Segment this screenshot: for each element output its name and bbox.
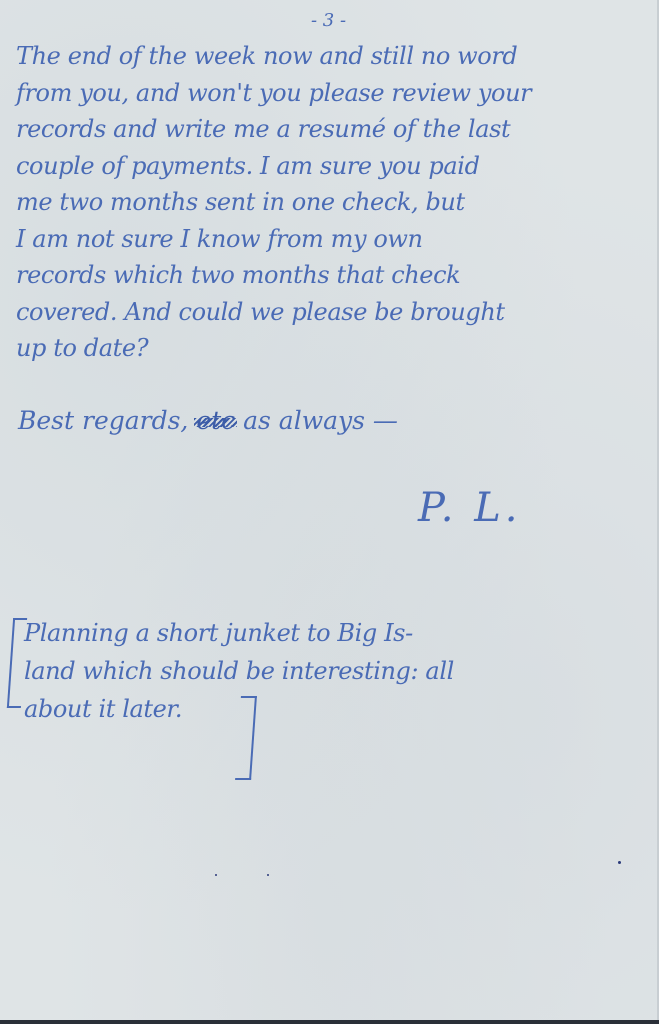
closing: Best regards, etc as always — — [18, 406, 398, 435]
body-line-5: me two months sent in one check, but — [16, 184, 646, 221]
letter-page: - 3 - The end of the week now and still … — [0, 0, 659, 1020]
struck-out-word: etc — [196, 406, 235, 435]
ink-speck — [618, 861, 621, 864]
body-line-4: couple of payments. I am sure you paid — [16, 148, 646, 185]
postscript: Planning a short junket to Big Is- land … — [10, 600, 650, 770]
ink-speck — [215, 874, 217, 876]
body-line-6: I am not sure I know from my own — [16, 221, 646, 258]
body-line-8: covered. And could we please be brought — [16, 294, 646, 331]
closing-as-always: as always — — [243, 406, 398, 435]
body-line-9: up to date? — [16, 330, 646, 367]
ink-speck — [267, 874, 269, 876]
body-line-1: The end of the week now and still no wor… — [16, 38, 646, 75]
body-line-2: from you, and won't you please review yo… — [16, 75, 646, 112]
signature-initials: P. L. — [418, 485, 522, 531]
closing-salutation: Best regards, — [18, 406, 188, 435]
body-line-7: records which two months that check — [16, 257, 646, 294]
body-line-3: records and write me a resumé of the las… — [16, 111, 646, 148]
page-number: - 3 - — [0, 10, 657, 31]
postscript-line-1: Planning a short junket to Big Is- — [24, 614, 454, 652]
letter-body: The end of the week now and still no wor… — [16, 38, 646, 367]
postscript-line-2: land which should be interesting: all — [24, 652, 454, 690]
